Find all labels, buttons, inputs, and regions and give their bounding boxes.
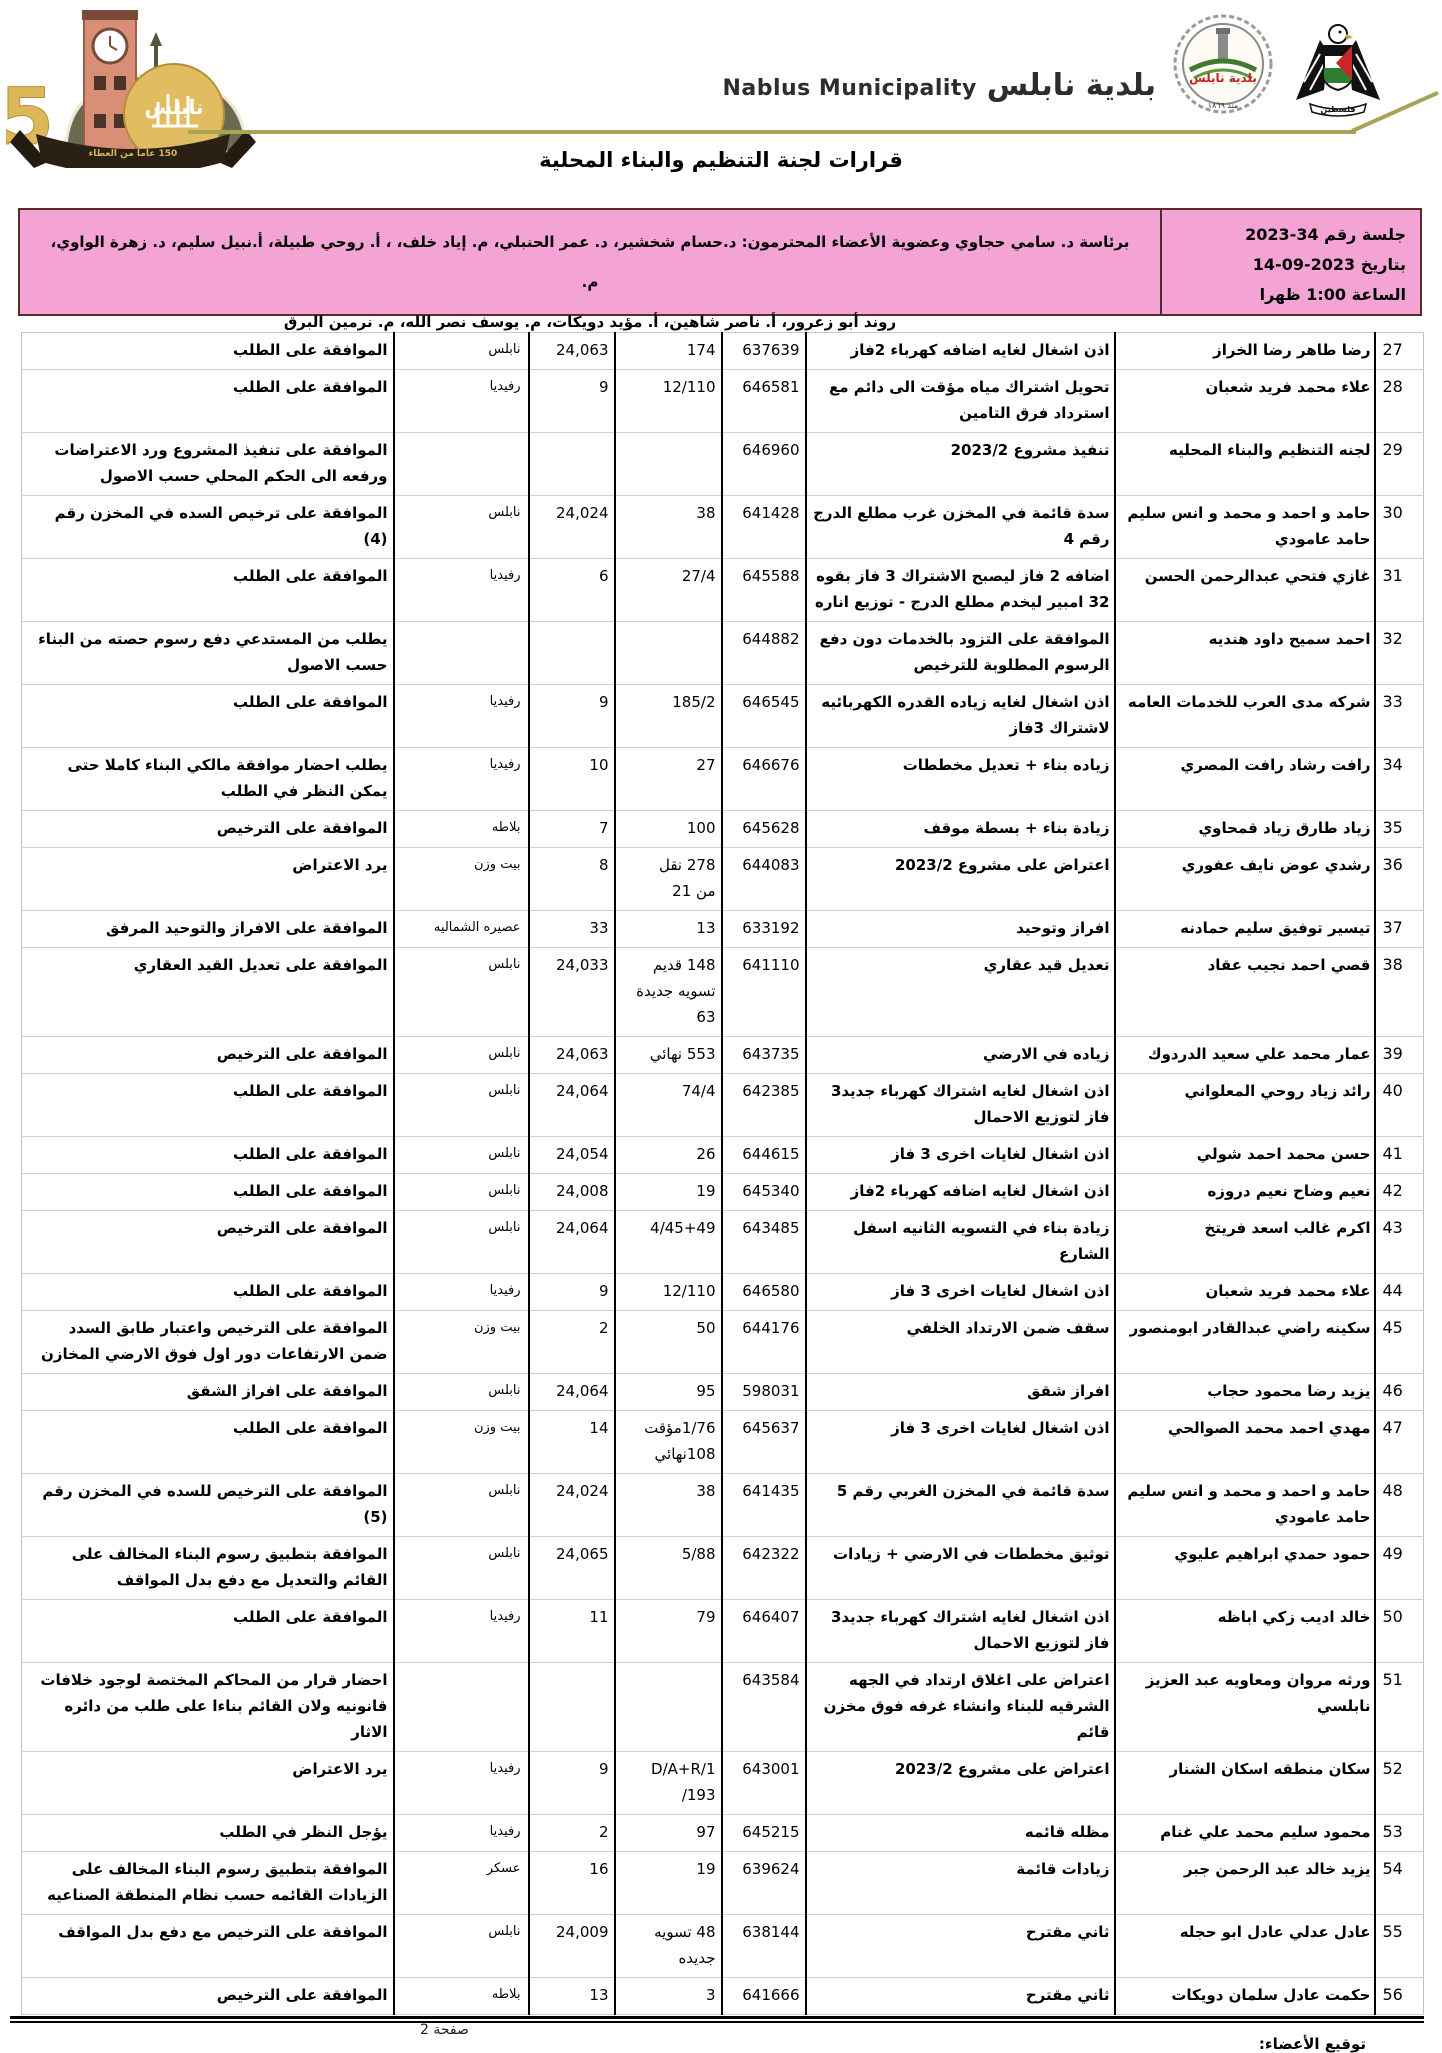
cell-block-number: 24,033	[529, 948, 615, 1037]
cell-plot-number: 27/4	[615, 559, 722, 622]
cell-block-number: 2	[529, 1311, 615, 1374]
cell-plot-number: 38	[615, 1474, 722, 1537]
table-row: 34رافت رشاد رافت المصريزياده بناء + تعدي…	[22, 748, 1424, 811]
cell-applicant-name: رائد زياد روحي المعلواني	[1115, 1074, 1375, 1137]
cell-decision: الموافقة على الطلب	[22, 685, 394, 748]
cell-block-number: 24,064	[529, 1074, 615, 1137]
cell-block-number: 8	[529, 848, 615, 911]
decisions-table-body: 27رضا طاهر رضا الخرازاذن اشغال لغايه اضا…	[22, 333, 1424, 2015]
cell-plot-number: 74/4	[615, 1074, 722, 1137]
cell-subject: زيادات قائمة	[806, 1852, 1115, 1915]
cell-plot-number: 26	[615, 1137, 722, 1174]
cell-location: رفيديا	[394, 748, 529, 811]
cell-applicant-name: اكرم غالب اسعد فريتخ	[1115, 1211, 1375, 1274]
cell-subject: اعتراض على اغلاق ارتداد في الجهه الشرقيه…	[806, 1663, 1115, 1752]
cell-location: نابلس	[394, 1374, 529, 1411]
cell-applicant-name: علاء محمد فريد شعبان	[1115, 370, 1375, 433]
cell-decision: الموافقة على الترخيص	[22, 1978, 394, 2015]
logo-150-city-text: نابلس	[145, 95, 204, 119]
cell-plot-number	[615, 433, 722, 496]
cell-plot-number: 100	[615, 811, 722, 848]
cell-request-number: 645215	[722, 1815, 806, 1852]
table-row: 54يزيد خالد عبد الرحمن جبرزيادات قائمة63…	[22, 1852, 1424, 1915]
cell-row-number: 28	[1375, 370, 1424, 433]
cell-plot-number: 50	[615, 1311, 722, 1374]
cell-request-number: 641110	[722, 948, 806, 1037]
cell-request-number: 646545	[722, 685, 806, 748]
cell-row-number: 54	[1375, 1852, 1424, 1915]
cell-subject: اعتراض على مشروع 2023/2	[806, 1752, 1115, 1815]
cell-row-number: 44	[1375, 1274, 1424, 1311]
cell-location: بيت وزن	[394, 1411, 529, 1474]
cell-applicant-name: غازي فتحي عبدالرحمن الحسن	[1115, 559, 1375, 622]
cell-row-number: 38	[1375, 948, 1424, 1037]
table-row: 51ورثه مروان ومعاويه عبد العزيز نابلسياع…	[22, 1663, 1424, 1752]
cell-applicant-name: عادل عدلي عادل ابو حجله	[1115, 1915, 1375, 1978]
cell-block-number: 24,008	[529, 1174, 615, 1211]
cell-location: نابلس	[394, 1537, 529, 1600]
cell-decision: الموافقة على الترخيص	[22, 1211, 394, 1274]
table-row: 48حامد و احمد و محمد و انس سليم حامد عام…	[22, 1474, 1424, 1537]
table-row: 35زياد طارق زياد قمحاويزيادة بناء + بسطة…	[22, 811, 1424, 848]
table-row: 45سكينه راضي عبدالقادر ابومنصورسقف ضمن ا…	[22, 1311, 1424, 1374]
table-row: 43اكرم غالب اسعد فريتخزيادة بناء في التس…	[22, 1211, 1424, 1274]
cell-subject: افراز شقق	[806, 1374, 1115, 1411]
cell-location: عسكر	[394, 1852, 529, 1915]
cell-applicant-name: رافت رشاد رافت المصري	[1115, 748, 1375, 811]
table-row: 29لجنه التنظيم والبناء المحليهتنفيذ مشرو…	[22, 433, 1424, 496]
cell-block-number: 6	[529, 559, 615, 622]
cell-request-number: 644176	[722, 1311, 806, 1374]
cell-block-number: 7	[529, 811, 615, 848]
cell-applicant-name: علاء محمد فريد شعبان	[1115, 1274, 1375, 1311]
cell-location: رفيديا	[394, 370, 529, 433]
cell-decision: الموافقة على الطلب	[22, 370, 394, 433]
cell-subject: ثاني مقترح	[806, 1978, 1115, 2015]
cell-plot-number: 19	[615, 1852, 722, 1915]
cell-location: عصيره الشماليه	[394, 911, 529, 948]
cell-subject: الموافقة على التزود بالخدمات دون دفع الر…	[806, 622, 1115, 685]
cell-block-number	[529, 433, 615, 496]
cell-decision: الموافقة على الترخيص	[22, 811, 394, 848]
cell-decision: الموافقة على الترخيص	[22, 1037, 394, 1074]
cell-subject: سقف ضمن الارتداد الخلفي	[806, 1311, 1115, 1374]
cell-block-number: 24,065	[529, 1537, 615, 1600]
table-row: 44علاء محمد فريد شعباناذن اشغال لغايات ا…	[22, 1274, 1424, 1311]
cell-plot-number: 278 نقل من 21	[615, 848, 722, 911]
table-row: 55عادل عدلي عادل ابو حجلهثاني مقترح63814…	[22, 1915, 1424, 1978]
table-row: 50خالد اديب زكي اباظهاذن اشغال لغايه اشت…	[22, 1600, 1424, 1663]
cell-subject: مظله قائمه	[806, 1815, 1115, 1852]
cell-plot-number: 27	[615, 748, 722, 811]
cell-request-number: 644083	[722, 848, 806, 911]
cell-plot-number: 48 تسويه جديده	[615, 1915, 722, 1978]
cell-applicant-name: احمد سميح داود هنديه	[1115, 622, 1375, 685]
cell-row-number: 29	[1375, 433, 1424, 496]
cell-block-number: 24,009	[529, 1915, 615, 1978]
cell-plot-number: 97	[615, 1815, 722, 1852]
cell-row-number: 43	[1375, 1211, 1424, 1274]
cell-request-number: 643584	[722, 1663, 806, 1752]
table-row: 41حسن محمد احمد شولياذن اشغال لغايات اخر…	[22, 1137, 1424, 1174]
cell-block-number: 24,064	[529, 1211, 615, 1274]
cell-plot-number: 174	[615, 333, 722, 370]
cell-row-number: 51	[1375, 1663, 1424, 1752]
cell-request-number: 644615	[722, 1137, 806, 1174]
table-row: 53محمود سليم محمد علي غناممظله قائمه6452…	[22, 1815, 1424, 1852]
table-row: 33شركه مدى العرب للخدمات العامهاذن اشغال…	[22, 685, 1424, 748]
cell-request-number: 645628	[722, 811, 806, 848]
cell-location: بيت وزن	[394, 848, 529, 911]
table-row: 52سكان منطقه اسكان الشناراعتراض على مشرو…	[22, 1752, 1424, 1815]
cell-plot-number: 19	[615, 1174, 722, 1211]
cell-plot-number	[615, 1663, 722, 1752]
cell-block-number	[529, 1663, 615, 1752]
cell-subject: اذن اشغال لغايات اخرى 3 فاز	[806, 1137, 1115, 1174]
cell-block-number: 14	[529, 1411, 615, 1474]
cell-request-number: 638144	[722, 1915, 806, 1978]
cell-location: نابلس	[394, 1174, 529, 1211]
cell-location: نابلس	[394, 1074, 529, 1137]
cell-row-number: 41	[1375, 1137, 1424, 1174]
cell-block-number: 24,054	[529, 1137, 615, 1174]
cell-applicant-name: تيسير توفيق سليم حمادنه	[1115, 911, 1375, 948]
cell-row-number: 40	[1375, 1074, 1424, 1137]
cell-subject: اذن اشغال لغايات اخرى 3 فاز	[806, 1411, 1115, 1474]
cell-request-number: 633192	[722, 911, 806, 948]
nablus-seal-emblem: بلدية نابلس منذ ١٨٦٩	[1170, 12, 1276, 122]
cell-location: نابلس	[394, 1474, 529, 1537]
cell-subject: اذن اشغال لغايه اضافه كهرباء 2فاز	[806, 1174, 1115, 1211]
cell-request-number: 642385	[722, 1074, 806, 1137]
cell-request-number: 645340	[722, 1174, 806, 1211]
cell-location: نابلس	[394, 1137, 529, 1174]
cell-block-number: 2	[529, 1815, 615, 1852]
cell-decision: يطلب احضار موافقة مالكي البناء كاملا حتى…	[22, 748, 394, 811]
cell-subject: اذن اشغال لغايه زياده القدره الكهربائيه …	[806, 685, 1115, 748]
cell-location: نابلس	[394, 496, 529, 559]
cell-decision: احضار قرار من المحاكم المختصة لوجود خلاف…	[22, 1663, 394, 1752]
table-row: 31غازي فتحي عبدالرحمن الحسناضافه 2 فاز ل…	[22, 559, 1424, 622]
cell-block-number: 24,064	[529, 1374, 615, 1411]
table-row: 39عمار محمد علي سعيد الدردوكزياده في الا…	[22, 1037, 1424, 1074]
cell-location: نابلس	[394, 1915, 529, 1978]
cell-row-number: 47	[1375, 1411, 1424, 1474]
cell-request-number: 643485	[722, 1211, 806, 1274]
cell-location: رفيديا	[394, 1600, 529, 1663]
cell-request-number: 645637	[722, 1411, 806, 1474]
cell-location: رفيديا	[394, 1815, 529, 1852]
cell-block-number: 11	[529, 1600, 615, 1663]
cell-request-number: 642322	[722, 1537, 806, 1600]
cell-subject: توثيق مخططات في الارضي + زيادات	[806, 1537, 1115, 1600]
cell-decision: الموافقة بتطبيق رسوم البناء المخالف على …	[22, 1537, 394, 1600]
cell-row-number: 30	[1375, 496, 1424, 559]
session-date: بتاريخ 2023-09-14	[1168, 250, 1406, 280]
table-end-rule	[10, 2016, 1424, 2023]
cell-request-number: 598031	[722, 1374, 806, 1411]
eagle-head	[1329, 25, 1347, 43]
cell-request-number: 639624	[722, 1852, 806, 1915]
cell-plot-number: 5/88	[615, 1537, 722, 1600]
cell-row-number: 33	[1375, 685, 1424, 748]
table-row: 56حكمت عادل سلمان دويكاتثاني مقترح641666…	[22, 1978, 1424, 2015]
cell-decision: الموافقة على الطلب	[22, 1174, 394, 1211]
cell-subject: زيادة بناء في التسويه الثانيه اسفل الشار…	[806, 1211, 1115, 1274]
cell-decision: يرد الاعتراض	[22, 848, 394, 911]
cell-subject: اذن اشغال لغايات اخرى 3 فاز	[806, 1274, 1115, 1311]
cell-subject: تنفيذ مشروع 2023/2	[806, 433, 1115, 496]
cell-plot-number: 4/45+49	[615, 1211, 722, 1274]
header-divider-line	[188, 130, 1356, 134]
cell-applicant-name: عمار محمد علي سعيد الدردوك	[1115, 1037, 1375, 1074]
cell-plot-number: D/A+R/1 /193	[615, 1752, 722, 1815]
cell-decision: الموافقة على ترخيص السده في المخزن رقم (…	[22, 496, 394, 559]
cell-row-number: 50	[1375, 1600, 1424, 1663]
cell-subject: اذن اشغال لغايه اشتراك كهرباء جديد3 فاز …	[806, 1074, 1115, 1137]
cell-subject: اعتراض على مشروع 2023/2	[806, 848, 1115, 911]
cell-row-number: 39	[1375, 1037, 1424, 1074]
cell-location: نابلس	[394, 1211, 529, 1274]
cell-plot-number: 13	[615, 911, 722, 948]
cell-decision: الموافقة على افراز الشقق	[22, 1374, 394, 1411]
cell-plot-number: 553 نهائي	[615, 1037, 722, 1074]
cell-location: بلاطه	[394, 1978, 529, 2015]
cell-subject: سدة قائمة في المخزن غرب مطلع الدرج رقم 4	[806, 496, 1115, 559]
cell-applicant-name: يزيد رضا محمود حجاب	[1115, 1374, 1375, 1411]
cell-request-number: 646581	[722, 370, 806, 433]
cell-location: نابلس	[394, 333, 529, 370]
cell-plot-number: 148 قديم تسويه جديدة 63	[615, 948, 722, 1037]
table-row: 37تيسير توفيق سليم حمادنهافراز وتوحيد633…	[22, 911, 1424, 948]
cell-request-number: 643001	[722, 1752, 806, 1815]
session-time: الساعة 1:00 ظهرا	[1168, 280, 1406, 310]
cell-row-number: 36	[1375, 848, 1424, 911]
cell-plot-number	[615, 622, 722, 685]
cell-row-number: 27	[1375, 333, 1424, 370]
cell-block-number: 24,063	[529, 1037, 615, 1074]
cell-applicant-name: سكينه راضي عبدالقادر ابومنصور	[1115, 1311, 1375, 1374]
cell-applicant-name: محمود سليم محمد علي غنام	[1115, 1815, 1375, 1852]
cell-applicant-name: قصي احمد نجيب عقاد	[1115, 948, 1375, 1037]
table-row: 36رشدي عوض نايف عفورياعتراض على مشروع 20…	[22, 848, 1424, 911]
municipality-name: Nablus Municipality بلدية نابلس	[722, 68, 1156, 103]
cell-block-number: 9	[529, 1274, 615, 1311]
cell-decision: الموافقة على الطلب	[22, 559, 394, 622]
cell-location: نابلس	[394, 1037, 529, 1074]
cell-applicant-name: حكمت عادل سلمان دويكات	[1115, 1978, 1375, 2015]
table-row: 42نعيم وضاح نعيم دروزهاذن اشغال لغايه اض…	[22, 1174, 1424, 1211]
cell-block-number: 16	[529, 1852, 615, 1915]
cell-row-number: 55	[1375, 1915, 1424, 1978]
session-number: جلسة رقم 34-2023	[1168, 220, 1406, 250]
cell-row-number: 42	[1375, 1174, 1424, 1211]
cell-subject: اضافه 2 فاز ليصبح الاشتراك 3 فاز بقوه 32…	[806, 559, 1115, 622]
table-row: 47مهدي احمد محمد الصوالحياذن اشغال لغايا…	[22, 1411, 1424, 1474]
decisions-table: 27رضا طاهر رضا الخرازاذن اشغال لغايه اضا…	[21, 332, 1424, 2015]
cell-plot-number: 3	[615, 1978, 722, 2015]
cell-decision: الموافقة على تنفيذ المشروع ورد الاعتراضا…	[22, 433, 394, 496]
cell-location	[394, 622, 529, 685]
cell-location: نابلس	[394, 948, 529, 1037]
cell-request-number: 641428	[722, 496, 806, 559]
cell-block-number: 33	[529, 911, 615, 948]
cell-decision: الموافقة على الترخيص للسده في المخزن رقم…	[22, 1474, 394, 1537]
cell-block-number: 9	[529, 1752, 615, 1815]
cell-location	[394, 433, 529, 496]
cell-request-number: 643735	[722, 1037, 806, 1074]
cell-request-number: 646407	[722, 1600, 806, 1663]
cell-applicant-name: شركه مدى العرب للخدمات العامه	[1115, 685, 1375, 748]
cell-decision: الموافقة على الطلب	[22, 333, 394, 370]
nablus-150-logo: 1 5 نابلس 150 عاماً من العطاء	[6, 2, 260, 168]
seal-text: بلدية نابلس	[1189, 71, 1257, 85]
municipality-name-ar: بلدية نابلس	[987, 68, 1156, 103]
cell-request-number: 645588	[722, 559, 806, 622]
cell-location: بيت وزن	[394, 1311, 529, 1374]
cell-block-number	[529, 622, 615, 685]
cell-decision: الموافقة على الترخيص مع دفع بدل المواقف	[22, 1915, 394, 1978]
page-title: قرارات لجنة التنظيم والبناء المحلية	[0, 148, 1442, 172]
cell-decision: الموافقة على الطلب	[22, 1074, 394, 1137]
cell-location: رفيديا	[394, 685, 529, 748]
cell-decision: الموافقة على الطلب	[22, 1274, 394, 1311]
table-row: 38قصي احمد نجيب عقادتعديل قيد عقاري64111…	[22, 948, 1424, 1037]
cell-decision: الموافقة على الطلب	[22, 1411, 394, 1474]
municipality-brand: Nablus Municipality بلدية نابلس بلدية نا…	[722, 12, 1386, 122]
table-row: 40رائد زياد روحي المعلوانياذن اشغال لغاي…	[22, 1074, 1424, 1137]
flag-shield	[1324, 46, 1352, 90]
cell-applicant-name: مهدي احمد محمد الصوالحي	[1115, 1411, 1375, 1474]
cell-row-number: 56	[1375, 1978, 1424, 2015]
cell-decision: الموافقة على تعديل القيد العقاري	[22, 948, 394, 1037]
cell-request-number: 641666	[722, 1978, 806, 2015]
cell-decision: الموافقة بتطبيق رسوم البناء المخالف على …	[22, 1852, 394, 1915]
table-row: 28علاء محمد فريد شعبانتحويل اشتراك مياه …	[22, 370, 1424, 433]
cell-row-number: 37	[1375, 911, 1424, 948]
cell-subject: زياده بناء + تعديل مخططات	[806, 748, 1115, 811]
cell-subject: اذن اشغال لغايه اشتراك كهرباء جديد3 فاز …	[806, 1600, 1115, 1663]
cell-applicant-name: حامد و احمد و محمد و انس سليم حامد عامود…	[1115, 496, 1375, 559]
decisions-section: 27رضا طاهر رضا الخرازاذن اشغال لغايه اضا…	[8, 332, 1424, 2048]
cell-row-number: 34	[1375, 748, 1424, 811]
cell-decision: الموافقة على الترخيص واعتبار طابق السدد …	[22, 1311, 394, 1374]
cell-row-number: 46	[1375, 1374, 1424, 1411]
session-details: جلسة رقم 34-2023 بتاريخ 2023-09-14 الساع…	[1160, 210, 1420, 314]
cell-applicant-name: خالد اديب زكي اباظه	[1115, 1600, 1375, 1663]
cell-row-number: 45	[1375, 1311, 1424, 1374]
cell-row-number: 52	[1375, 1752, 1424, 1815]
session-info-box: جلسة رقم 34-2023 بتاريخ 2023-09-14 الساع…	[18, 208, 1422, 316]
emblem-country-text: فلسطين	[1321, 105, 1356, 114]
cell-applicant-name: نعيم وضاح نعيم دروزه	[1115, 1174, 1375, 1211]
session-attendees: برئاسة د. سامي حجاوي وعضوية الأعضاء المح…	[20, 210, 1160, 314]
cell-subject: زيادة بناء + بسطة موقف	[806, 811, 1115, 848]
cell-applicant-name: حامد و احمد و محمد و انس سليم حامد عامود…	[1115, 1474, 1375, 1537]
cell-row-number: 48	[1375, 1474, 1424, 1537]
cell-applicant-name: رضا طاهر رضا الخراز	[1115, 333, 1375, 370]
cell-plot-number: 12/110	[615, 370, 722, 433]
cell-subject: ثاني مقترح	[806, 1915, 1115, 1978]
cell-decision: يرد الاعتراض	[22, 1752, 394, 1815]
cell-location: بلاطه	[394, 811, 529, 848]
cell-applicant-name: يزيد خالد عبد الرحمن جبر	[1115, 1852, 1375, 1915]
palestine-eagle-emblem: فلسطين	[1290, 12, 1386, 122]
cell-request-number: 646960	[722, 433, 806, 496]
cell-request-number: 641435	[722, 1474, 806, 1537]
cell-applicant-name: لجنه التنظيم والبناء المحليه	[1115, 433, 1375, 496]
cell-block-number: 24,063	[529, 333, 615, 370]
cell-row-number: 32	[1375, 622, 1424, 685]
cell-subject: سدة قائمة في المخزن الغربي رقم 5	[806, 1474, 1115, 1537]
cell-applicant-name: حمود حمدي ابراهيم عليوي	[1115, 1537, 1375, 1600]
cell-decision: يطلب من المستدعي دفع رسوم حصته من البناء…	[22, 622, 394, 685]
cell-request-number: 646676	[722, 748, 806, 811]
cell-applicant-name: زياد طارق زياد قمحاوي	[1115, 811, 1375, 848]
cell-subject: زياده في الارضي	[806, 1037, 1115, 1074]
cell-subject: تعديل قيد عقاري	[806, 948, 1115, 1037]
cell-block-number: 10	[529, 748, 615, 811]
cell-applicant-name: ورثه مروان ومعاويه عبد العزيز نابلسي	[1115, 1663, 1375, 1752]
cell-subject: اذن اشغال لغايه اضافه كهرباء 2فاز	[806, 333, 1115, 370]
cell-location: رفيديا	[394, 1274, 529, 1311]
cell-location: رفيديا	[394, 559, 529, 622]
cell-decision: الموافقة على الطلب	[22, 1137, 394, 1174]
cell-row-number: 53	[1375, 1815, 1424, 1852]
cell-request-number: 637639	[722, 333, 806, 370]
cell-plot-number: 185/2	[615, 685, 722, 748]
cell-location	[394, 1663, 529, 1752]
cell-plot-number: 95	[615, 1374, 722, 1411]
signature-label: توقيع الأعضاء:	[66, 2035, 1366, 2048]
cell-subject: تحويل اشتراك مياه مؤقت الى دائم مع استرد…	[806, 370, 1115, 433]
cell-plot-number: 79	[615, 1600, 722, 1663]
cell-block-number: 9	[529, 685, 615, 748]
cell-decision: الموافقة على الطلب	[22, 1600, 394, 1663]
cell-location: رفيديا	[394, 1752, 529, 1815]
cell-block-number: 9	[529, 370, 615, 433]
cell-plot-number: 38	[615, 496, 722, 559]
cell-row-number: 35	[1375, 811, 1424, 848]
table-row: 32احمد سميح داود هنديهالموافقة على التزو…	[22, 622, 1424, 685]
seal-since-text: منذ ١٨٦٩	[1208, 101, 1239, 110]
cell-applicant-name: سكان منطقه اسكان الشنار	[1115, 1752, 1375, 1815]
cell-plot-number: 1/76مؤقت 108نهائي	[615, 1411, 722, 1474]
page-number: صفحة 2	[420, 2022, 469, 2038]
cell-subject: افراز وتوحيد	[806, 911, 1115, 948]
cell-applicant-name: حسن محمد احمد شولي	[1115, 1137, 1375, 1174]
cell-request-number: 646580	[722, 1274, 806, 1311]
cell-row-number: 31	[1375, 559, 1424, 622]
table-row: 46يزيد رضا محمود حجابافراز شقق5980319524…	[22, 1374, 1424, 1411]
table-row: 30حامد و احمد و محمد و انس سليم حامد عام…	[22, 496, 1424, 559]
cell-row-number: 49	[1375, 1537, 1424, 1600]
table-row: 27رضا طاهر رضا الخرازاذن اشغال لغايه اضا…	[22, 333, 1424, 370]
table-row: 49حمود حمدي ابراهيم عليويتوثيق مخططات في…	[22, 1537, 1424, 1600]
cell-applicant-name: رشدي عوض نايف عفوري	[1115, 848, 1375, 911]
cell-block-number: 13	[529, 1978, 615, 2015]
cell-block-number: 24,024	[529, 1474, 615, 1537]
cell-decision: الموافقة على الافراز والتوحيد المرفق	[22, 911, 394, 948]
cell-block-number: 24,024	[529, 496, 615, 559]
cell-request-number: 644882	[722, 622, 806, 685]
cell-decision: يؤجل النظر في الطلب	[22, 1815, 394, 1852]
cell-plot-number: 12/110	[615, 1274, 722, 1311]
municipality-name-en: Nablus Municipality	[722, 76, 976, 101]
